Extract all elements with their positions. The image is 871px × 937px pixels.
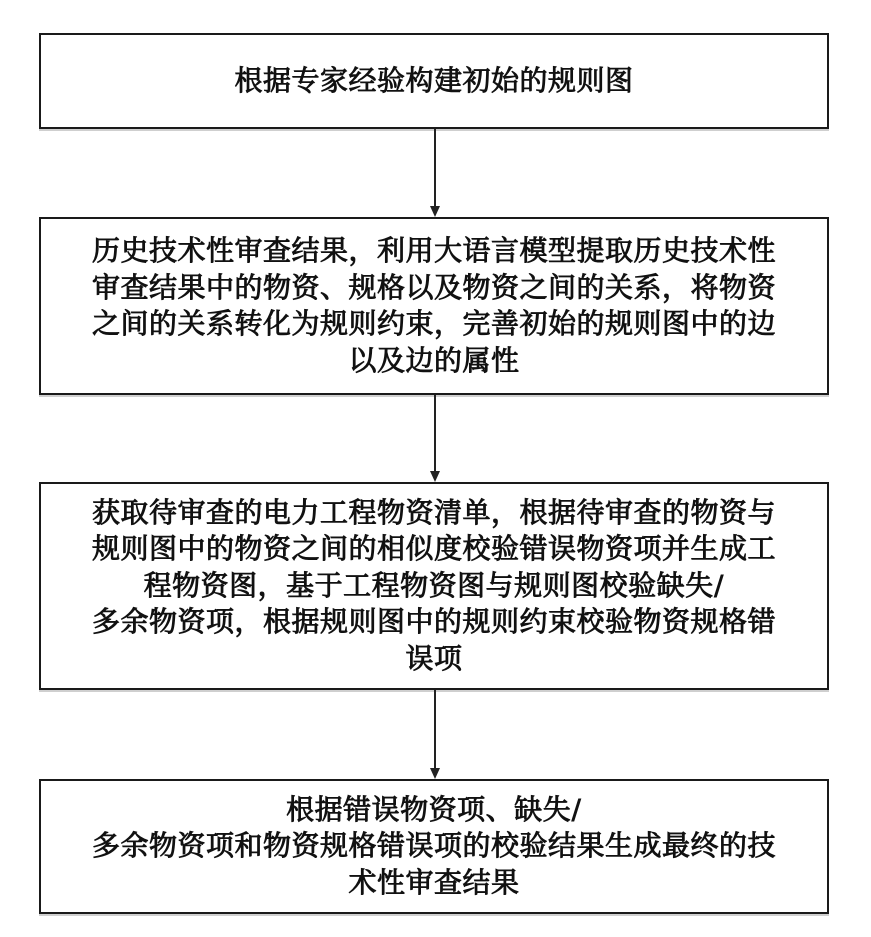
arrow-down-icon [430,690,440,779]
step-text-line: 之间的关系转化为规则约束，完善初始的规则图中的边 [92,306,776,343]
step-text-line: 多余物资项，根据规则图中的规则约束校验物资规格错 [92,604,776,641]
arrow-shaft [434,129,436,207]
arrow-head [430,471,440,482]
step-text-line: 程物资图，基于工程物资图与规则图校验缺失/ [144,568,725,605]
arrow-shaft [434,690,436,769]
step-text-line: 术性审查结果 [348,865,519,902]
step-text-line: 获取待审查的电力工程物资清单，根据待审查的物资与 [92,495,776,532]
step-box-verify-material-list: 获取待审查的电力工程物资清单，根据待审查的物资与 规则图中的物资之间的相似度校验… [39,482,829,690]
arrow-head [430,206,440,217]
arrow-down-icon [430,395,440,482]
step-text-line: 审查结果中的物资、规格以及物资之间的关系，将物资 [92,270,776,307]
step-text-line: 多余物资项和物资规格错误项的校验结果生成最终的技 [92,828,776,865]
step-box-build-initial-rule-graph: 根据专家经验构建初始的规则图 [39,33,829,129]
step-text-line: 根据错误物资项、缺失/ [286,792,582,829]
step-text-line: 规则图中的物资之间的相似度校验错误物资项并生成工 [92,531,776,568]
step-text-line: 以及边的属性 [348,343,519,380]
step-text-line: 历史技术性审查结果，利用大语言模型提取历史技术性 [92,233,776,270]
step-box-generate-final-review-result: 根据错误物资项、缺失/ 多余物资项和物资规格错误项的校验结果生成最终的技 术性审… [39,779,829,914]
arrow-head [430,768,440,779]
arrow-shaft [434,395,436,472]
step-box-extract-relations-with-llm: 历史技术性审查结果，利用大语言模型提取历史技术性 审查结果中的物资、规格以及物资… [39,217,829,395]
arrow-down-icon [430,129,440,217]
step-text-line: 误项 [405,641,462,678]
step-text-line: 根据专家经验构建初始的规则图 [234,63,633,100]
